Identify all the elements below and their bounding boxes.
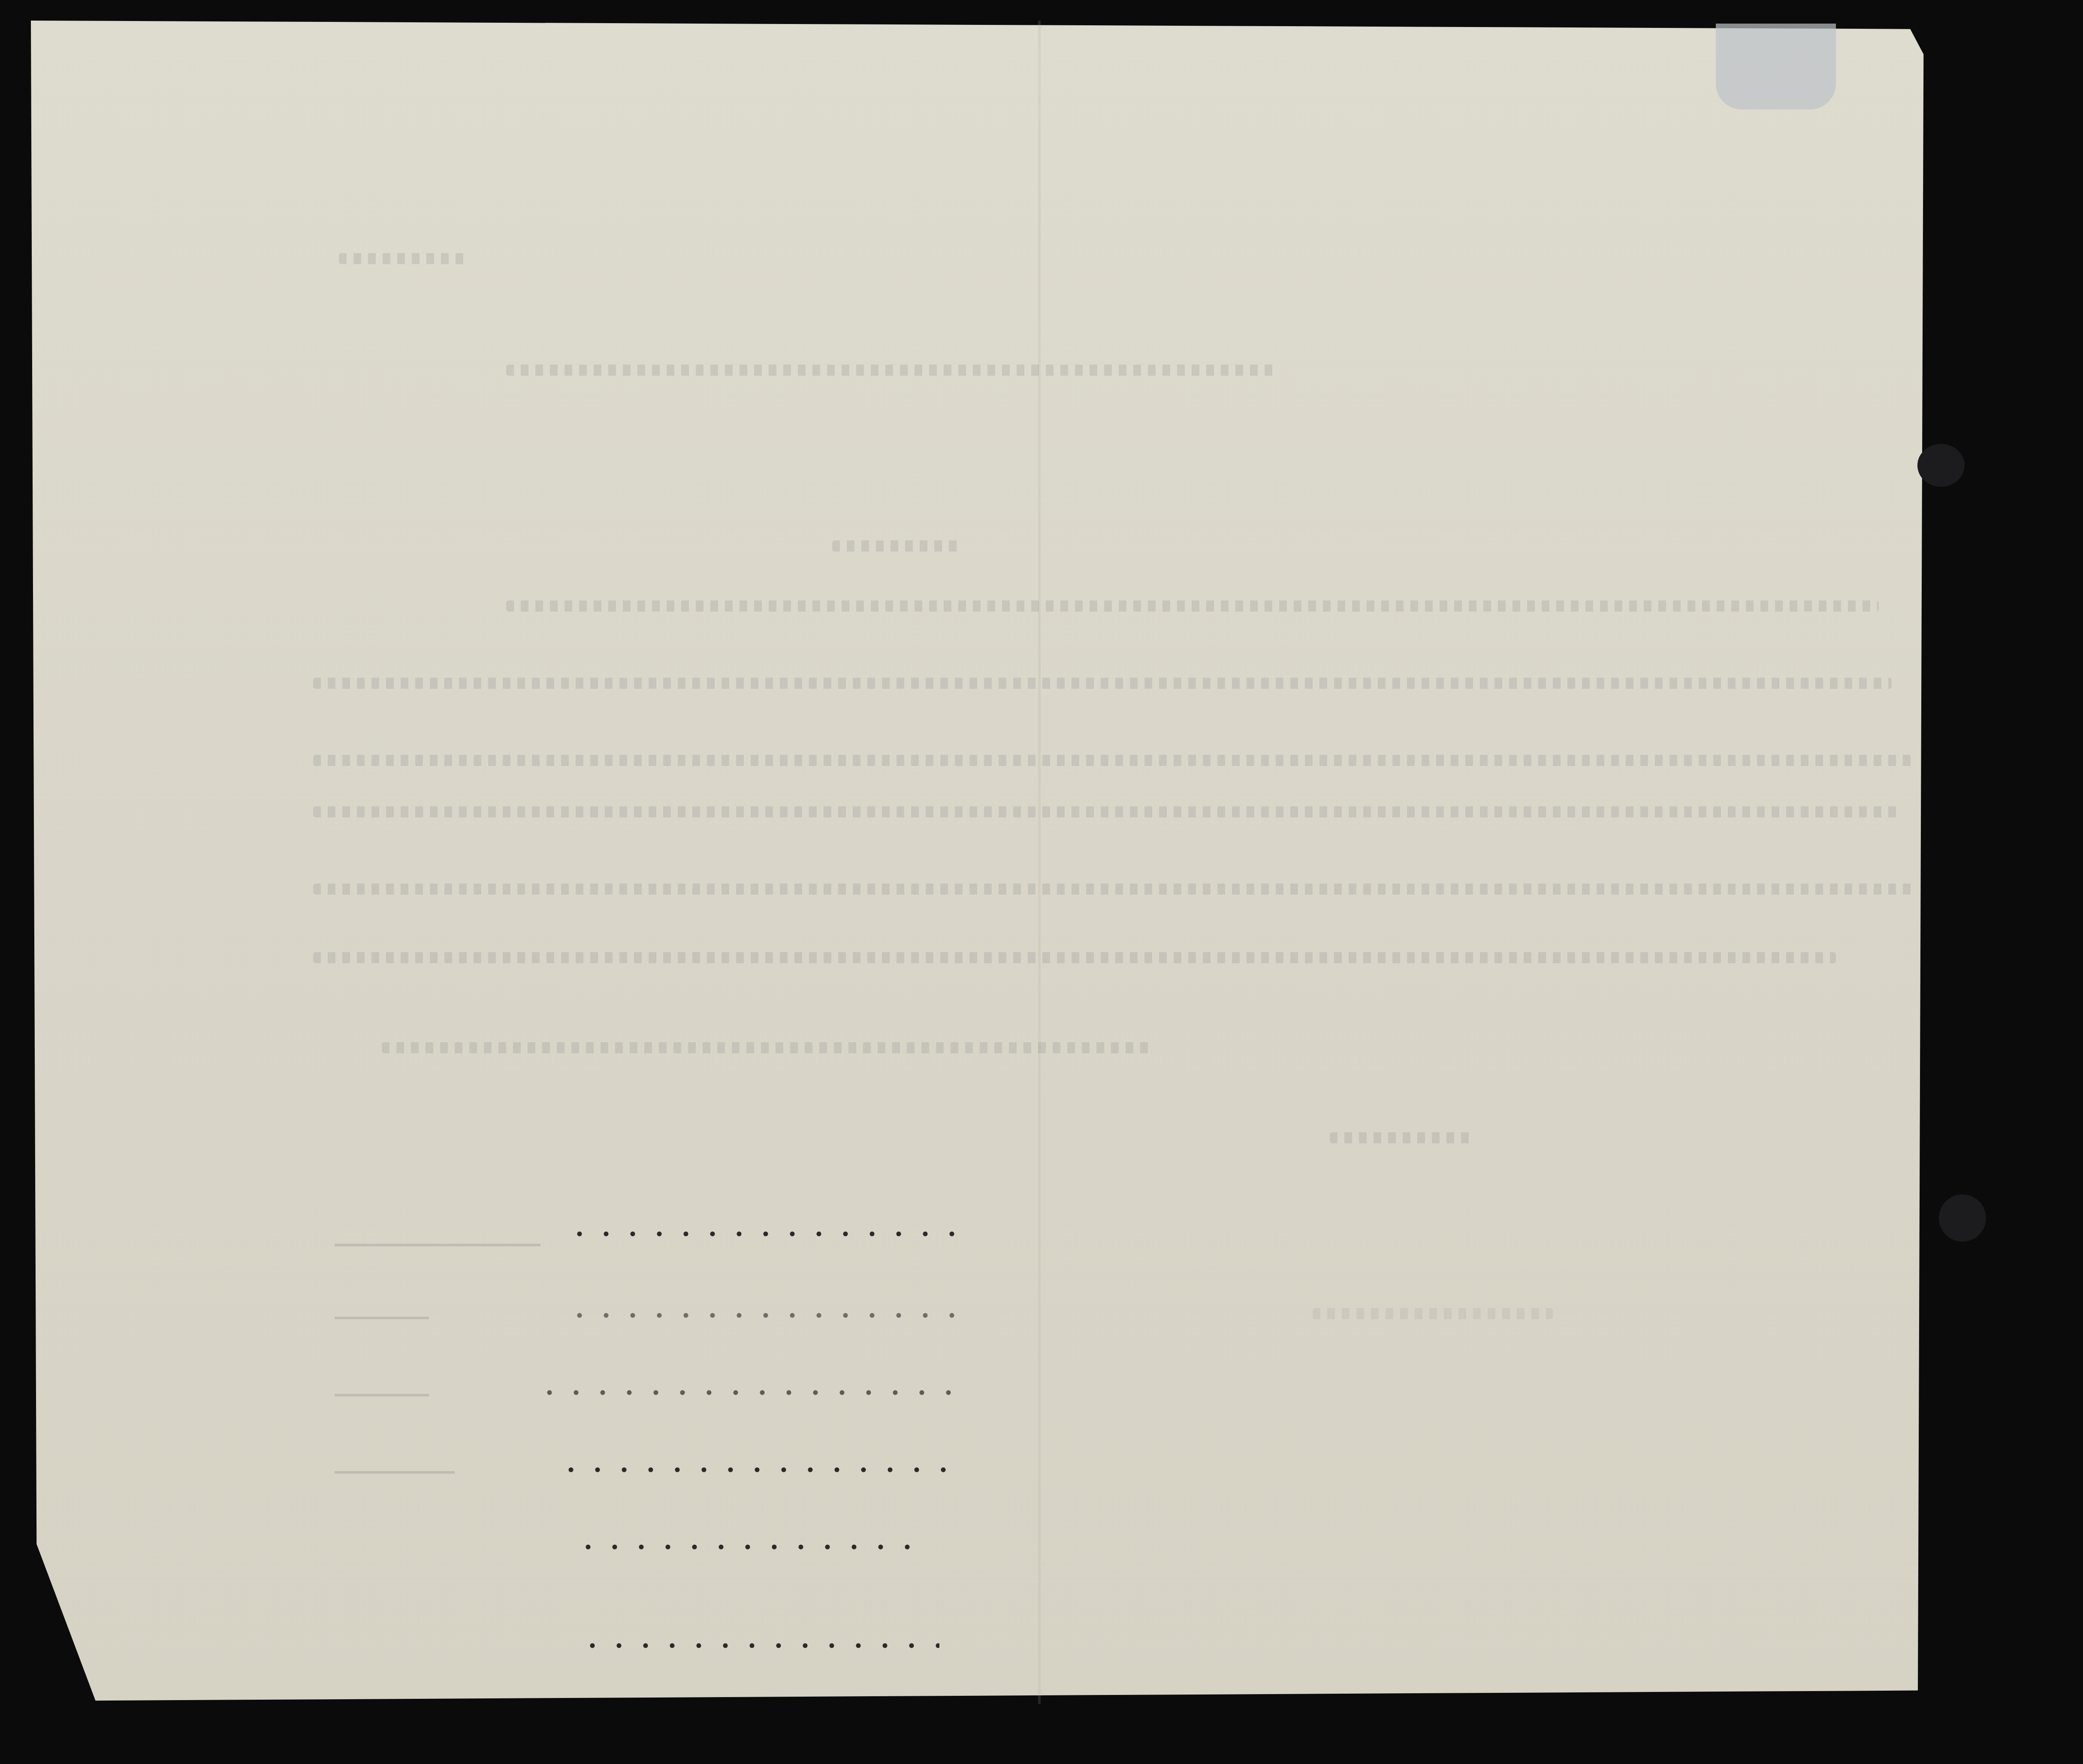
- body-line: [506, 600, 1879, 612]
- punch-hole-top: [1917, 444, 1965, 487]
- tape-patch: [1716, 24, 1836, 109]
- body-line: [313, 755, 1917, 766]
- body-line: [313, 806, 1900, 817]
- dotted-field: [566, 1231, 961, 1237]
- signature-line: [1330, 1132, 1471, 1143]
- fold-line: [1038, 21, 1041, 1704]
- document-paper: [31, 21, 1931, 1704]
- dotted-field: [558, 1467, 961, 1473]
- body-line: [313, 952, 1836, 963]
- field-label: [335, 1291, 429, 1319]
- header-line: [339, 253, 468, 264]
- dotted-field: [575, 1544, 927, 1550]
- body-line: [313, 884, 1917, 895]
- field-label: [335, 1218, 540, 1246]
- body-line: [313, 678, 1892, 689]
- punch-hole-bottom: [1939, 1194, 1986, 1242]
- header-line: [506, 365, 1278, 376]
- dotted-field: [536, 1390, 961, 1396]
- dotted-field: [566, 1312, 961, 1318]
- salutation-line: [832, 540, 961, 552]
- dotted-field: [579, 1643, 939, 1649]
- field-label: [335, 1368, 429, 1396]
- field-label: [335, 1445, 455, 1474]
- body-line: [382, 1042, 1154, 1053]
- signature-mark: [1313, 1308, 1553, 1319]
